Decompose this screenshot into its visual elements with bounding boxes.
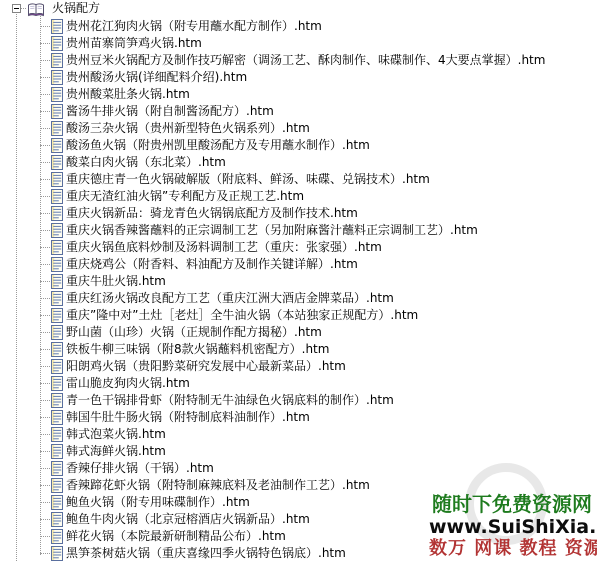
tree-item-row[interactable]: 贵州酸菜肚条火锅.htm bbox=[0, 86, 597, 103]
tree-item-label[interactable]: 鲜花火锅（本院最新研制精品公布）.htm bbox=[66, 528, 286, 545]
tree-item-label[interactable]: 酱汤牛排火锅（附自制酱汤配方）.htm bbox=[66, 103, 274, 120]
tree-branch-line bbox=[40, 315, 50, 316]
tree-branch-line bbox=[40, 128, 50, 129]
tree-item-row[interactable]: 青一色干锅排骨虾（附特制无牛油绿色火锅底料的制作）.htm bbox=[0, 392, 597, 409]
tree-branch-line bbox=[40, 77, 50, 78]
collapse-minus-icon[interactable] bbox=[12, 4, 21, 13]
tree-item-label[interactable]: 贵州豆米火锅配方及制作技巧解密（调汤工艺、酥肉制作、味碟制作、4大要点掌握）.h… bbox=[66, 52, 545, 69]
tree-item-row[interactable]: 韩式海鲜火锅.htm bbox=[0, 443, 597, 460]
tree-item-row[interactable]: 重庆”隆中对”土灶［老灶］全牛油火锅（本站独家正规配方）.htm bbox=[0, 307, 597, 324]
tree-item-row[interactable]: 酸菜白肉火锅（东北菜）.htm bbox=[0, 154, 597, 171]
tree-item-label[interactable]: 鲍鱼火锅（附专用味碟制作）.htm bbox=[66, 494, 250, 511]
tree-item-row[interactable]: 贵州豆米火锅配方及制作技巧解密（调汤工艺、酥肉制作、味碟制作、4大要点掌握）.h… bbox=[0, 52, 597, 69]
tree-item-row[interactable]: 雷山脆皮狗肉火锅.htm bbox=[0, 375, 597, 392]
tree-item-label[interactable]: 重庆红汤火锅改良配方工艺（重庆江洲大酒店金牌菜品）.htm bbox=[66, 290, 394, 307]
tree-item-label[interactable]: 重庆牛肚火锅.htm bbox=[66, 273, 166, 290]
tree-item-label[interactable]: 贵州酸汤火锅(详细配料介绍).htm bbox=[66, 69, 247, 86]
tree-branch-line bbox=[40, 213, 50, 214]
tree-item-label[interactable]: 重庆火锅香辣酱蘸料的正宗调制工艺（另加附麻酱汁蘸料正宗调制工艺）.htm bbox=[66, 222, 478, 239]
tree-item-row[interactable]: 重庆牛肚火锅.htm bbox=[0, 273, 597, 290]
tree-root-label[interactable]: 火锅配方 bbox=[52, 0, 100, 17]
tree-item-label[interactable]: 重庆火锅鱼底料炒制及汤料调制工艺（重庆：张家强）.htm bbox=[66, 239, 382, 256]
tree-item-row[interactable]: 贵州苗寨筒笋鸡火锅.htm bbox=[0, 35, 597, 52]
tree-item-row[interactable]: 铁板牛柳三味锅（附8款火锅蘸料机密配方）.htm bbox=[0, 341, 597, 358]
tree-item-label[interactable]: 阳朗鸡火锅（贵阳黔菜研究发展中心最新菜品）.htm bbox=[66, 358, 346, 375]
tree-branch-line bbox=[40, 434, 50, 435]
tree-item-row[interactable]: 重庆烧鸡公（附香料、料油配方及制作关键详解）.htm bbox=[0, 256, 597, 273]
contents-tree-view: 火锅配方 贵州花江狗肉火锅（附专用蘸水配方制作）.htm bbox=[0, 0, 597, 561]
tree-branch-line bbox=[40, 485, 50, 486]
tree-branch-line bbox=[40, 332, 50, 333]
tree-item-label[interactable]: 韩式海鲜火锅.htm bbox=[66, 443, 166, 460]
tree-branch-line bbox=[40, 111, 50, 112]
watermark: 随时下免费资源网 www.SuiShiXia.com 数万 网课 教程 资源 bbox=[429, 493, 595, 559]
tree-item-label[interactable]: 贵州酸菜肚条火锅.htm bbox=[66, 86, 190, 103]
tree-branch-line bbox=[40, 60, 50, 61]
tree-branch-line bbox=[40, 400, 50, 401]
tree-item-row[interactable]: 重庆火锅新品：骑龙青色火锅锅底配方及制作技术.htm bbox=[0, 205, 597, 222]
tree-item-label[interactable]: 贵州苗寨筒笋鸡火锅.htm bbox=[66, 35, 202, 52]
tree-item-label[interactable]: 酸汤三杂火锅（贵州新型特色火锅系列）.htm bbox=[66, 120, 310, 137]
tree-item-row[interactable]: 酸汤三杂火锅（贵州新型特色火锅系列）.htm bbox=[0, 120, 597, 137]
tree-branch-line bbox=[40, 264, 50, 265]
tree-branch-line bbox=[40, 26, 50, 27]
watermark-url: www.SuiShiXia.com bbox=[429, 516, 595, 538]
tree-branch-line bbox=[40, 451, 50, 452]
tree-branch-line bbox=[40, 247, 50, 248]
tree-branch-line bbox=[40, 468, 50, 469]
tree-root-row[interactable]: 火锅配方 bbox=[0, 0, 597, 18]
tree-item-row[interactable]: 重庆火锅鱼底料炒制及汤料调制工艺（重庆：张家强）.htm bbox=[0, 239, 597, 256]
tree-item-label[interactable]: 香辣仔排火锅（干锅）.htm bbox=[66, 460, 214, 477]
tree-branch-line bbox=[40, 349, 50, 350]
tree-branch-line bbox=[40, 179, 50, 180]
tree-item-label[interactable]: 鲍鱼牛肉火锅（北京冠榕酒店火锅新品）.htm bbox=[66, 511, 310, 528]
tree-item-row[interactable]: 贵州酸汤火锅(详细配料介绍).htm bbox=[0, 69, 597, 86]
tree-branch-line bbox=[40, 519, 50, 520]
tree-item-label[interactable]: 重庆火锅新品：骑龙青色火锅锅底配方及制作技术.htm bbox=[66, 205, 358, 222]
tree-item-row[interactable]: 贵州花江狗肉火锅（附专用蘸水配方制作）.htm bbox=[0, 18, 597, 35]
tree-item-label[interactable]: 黑笋茶树菇火锅（重庆喜缘四季火锅特色锅底）.htm bbox=[66, 545, 346, 561]
tree-branch-line bbox=[40, 536, 50, 537]
tree-item-row[interactable]: 阳朗鸡火锅（贵阳黔菜研究发展中心最新菜品）.htm bbox=[0, 358, 597, 375]
tree-branch-line bbox=[40, 417, 50, 418]
tree-branch-line bbox=[40, 230, 50, 231]
tree-branch-line bbox=[40, 281, 50, 282]
tree-branch-line bbox=[40, 383, 50, 384]
tree-branch-line bbox=[40, 298, 50, 299]
tree-item-label[interactable]: 铁板牛柳三味锅（附8款火锅蘸料机密配方）.htm bbox=[66, 341, 329, 358]
tree-branch-line bbox=[40, 366, 50, 367]
watermark-site-name: 随时下免费资源网 bbox=[429, 493, 595, 516]
tree-item-label[interactable]: 香辣蹄花虾火锅（附特制麻辣底料及老油制作工艺）.htm bbox=[66, 477, 370, 494]
tree-item-row[interactable]: 韩国牛肚牛肠火锅（附特制底料油制作）.htm bbox=[0, 409, 597, 426]
tree-item-label[interactable]: 韩国牛肚牛肠火锅（附特制底料油制作）.htm bbox=[66, 409, 310, 426]
tree-branch-line bbox=[40, 502, 50, 503]
tree-branch-line bbox=[40, 94, 50, 95]
tree-branch-line bbox=[40, 553, 50, 554]
tree-branch-line bbox=[40, 162, 50, 163]
tree-item-label[interactable]: 重庆”隆中对”土灶［老灶］全牛油火锅（本站独家正规配方）.htm bbox=[66, 307, 418, 324]
tree-item-label[interactable]: 酸菜白肉火锅（东北菜）.htm bbox=[66, 154, 226, 171]
tree-item-label[interactable]: 韩式泡菜火锅.htm bbox=[66, 426, 166, 443]
tree-item-label[interactable]: 重庆烧鸡公（附香料、料油配方及制作关键详解）.htm bbox=[66, 256, 358, 273]
document-icon bbox=[51, 546, 63, 561]
tree-item-label[interactable]: 重庆无渣红油火锅”专利配方及正规工艺.htm bbox=[66, 188, 304, 205]
tree-item-row[interactable]: 重庆德庄青一色火锅破解版（附底料、鲜汤、味碟、兑锅技术）.htm bbox=[0, 171, 597, 188]
tree-branch-line bbox=[40, 43, 50, 44]
tree-item-label[interactable]: 雷山脆皮狗肉火锅.htm bbox=[66, 375, 190, 392]
tree-item-row[interactable]: 重庆火锅香辣酱蘸料的正宗调制工艺（另加附麻酱汁蘸料正宗调制工艺）.htm bbox=[0, 222, 597, 239]
tree-item-row[interactable]: 野山菌（山珍）火锅（正规制作配方揭秘）.htm bbox=[0, 324, 597, 341]
tree-item-label[interactable]: 贵州花江狗肉火锅（附专用蘸水配方制作）.htm bbox=[66, 18, 322, 35]
watermark-tagline: 数万 网课 教程 资源 bbox=[429, 538, 595, 559]
tree-item-row[interactable]: 重庆无渣红油火锅”专利配方及正规工艺.htm bbox=[0, 188, 597, 205]
tree-item-label[interactable]: 青一色干锅排骨虾（附特制无牛油绿色火锅底料的制作）.htm bbox=[66, 392, 394, 409]
tree-item-label[interactable]: 重庆德庄青一色火锅破解版（附底料、鲜汤、味碟、兑锅技术）.htm bbox=[66, 171, 430, 188]
tree-item-label[interactable]: 野山菌（山珍）火锅（正规制作配方揭秘）.htm bbox=[66, 324, 322, 341]
tree-branch-line bbox=[21, 8, 26, 9]
tree-branch-line bbox=[40, 196, 50, 197]
tree-branch-line bbox=[40, 145, 50, 146]
tree-item-row[interactable]: 重庆红汤火锅改良配方工艺（重庆江洲大酒店金牌菜品）.htm bbox=[0, 290, 597, 307]
tree-item-row[interactable]: 韩式泡菜火锅.htm bbox=[0, 426, 597, 443]
tree-item-row[interactable]: 酱汤牛排火锅（附自制酱汤配方）.htm bbox=[0, 103, 597, 120]
tree-item-row[interactable]: 酸汤鱼火锅（附贵州凯里酸汤配方及专用蘸水制作）.htm bbox=[0, 137, 597, 154]
tree-item-label[interactable]: 酸汤鱼火锅（附贵州凯里酸汤配方及专用蘸水制作）.htm bbox=[66, 137, 370, 154]
